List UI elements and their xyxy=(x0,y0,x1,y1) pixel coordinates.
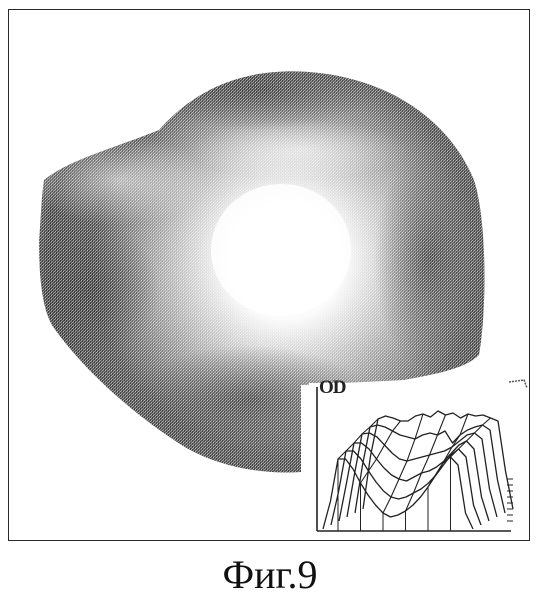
figure-frame: OD xyxy=(8,9,530,541)
od-waterfall-plot xyxy=(309,383,521,537)
figure-caption: Фиг.9 xyxy=(0,553,540,597)
od-profile-inset: OD xyxy=(309,383,521,537)
